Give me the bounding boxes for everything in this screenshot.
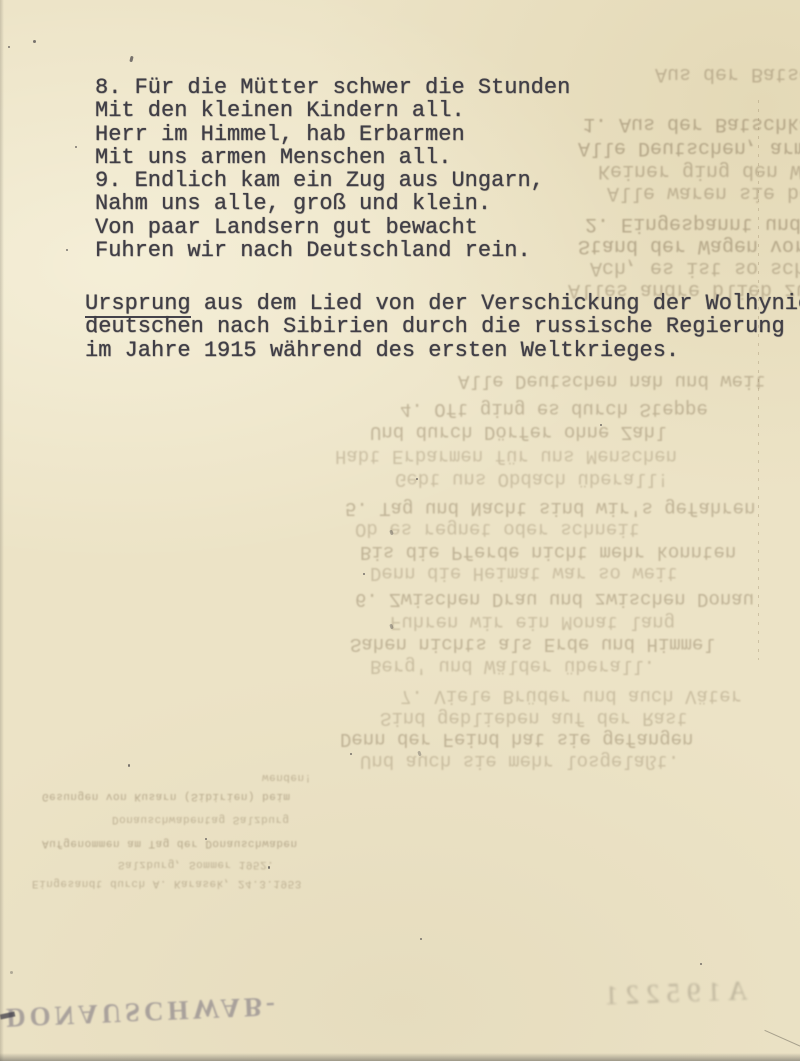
- paper-speck: [129, 56, 133, 63]
- ghost-line: 6. Zwischen Drau und zwischen Donau: [355, 588, 754, 610]
- ghost-line: Sind geblieben auf der Rast: [380, 707, 688, 729]
- ghost-line: Aus der Batschka: [655, 62, 800, 85]
- paper-crease: [764, 1030, 800, 1055]
- scan-edge-shadow: [0, 0, 4, 1061]
- origin-note: Ursprung aus dem Lied von der Verschicku…: [85, 292, 800, 362]
- ghost-line: Aufgenommen am Tag der Donauschwaben: [42, 837, 298, 849]
- poem-line: 9. Endlich kam ein Zug aus Ungarn,: [95, 169, 544, 192]
- stanza-8: 8. Für die Mütter schwer die Stunden Mit…: [95, 76, 570, 169]
- paper-speck: [75, 146, 77, 148]
- paper-speck: [420, 938, 422, 940]
- ghost-line: 5. Tag und Nacht sind wir's gefahren: [345, 497, 755, 519]
- ghost-line: Denn die Heimat war so weit: [370, 562, 678, 584]
- ghost-line: Und durch Dörfer ohne Zahl: [370, 421, 666, 443]
- ghost-line: Donauschwabentag Salzburg: [112, 813, 290, 825]
- ghost-line: 1. Aus der Batschka zogen: [583, 112, 800, 135]
- poem-line: Fuhren wir nach Deutschland rein.: [95, 239, 544, 262]
- archive-number: A195221: [598, 975, 748, 1011]
- origin-line-rest: aus dem Lied von der Verschickung der Wo…: [191, 291, 800, 316]
- ghost-line: wenden!: [262, 771, 312, 783]
- ghost-line: 4. Oft ging es durch Steppe: [400, 398, 708, 420]
- paper-speck: [350, 753, 352, 755]
- ghost-line: Alle Deutschen, arm und reich: [578, 136, 800, 159]
- scan-edge-shadow: [0, 1053, 800, 1061]
- paper-speck: [600, 424, 602, 426]
- stanza-9: 9. Endlich kam ein Zug aus Ungarn, Nahm …: [95, 169, 544, 262]
- donauschwab-stamp: DONAUSCHWAB-: [5, 990, 279, 1033]
- paper-speck: [33, 40, 36, 43]
- paper-speck: [128, 764, 130, 767]
- poem-line: Herr im Himmel, hab Erbarmen: [95, 123, 570, 146]
- paper-speck: [363, 573, 365, 575]
- ghost-line: Salzburg, Sommer 1952.: [118, 858, 274, 870]
- ghost-line: Berg' und Wälder überall.: [370, 655, 655, 677]
- paper-speck: [66, 249, 68, 251]
- ghost-line: Keiner ging den Weg allein: [598, 159, 800, 182]
- paper-speck: [700, 963, 702, 965]
- poem-line: Mit uns armen Menschen all.: [95, 146, 570, 169]
- paper-speck: [205, 838, 207, 840]
- ghost-line: Eingesandt durch A. Karasek, 24.3.1953: [32, 877, 302, 889]
- poem-line: 8. Für die Mütter schwer die Stunden: [95, 76, 570, 99]
- paper-speck: [416, 478, 418, 480]
- origin-line: Ursprung aus dem Lied von der Verschicku…: [85, 292, 800, 315]
- ghost-line: Und auch sie mehr losgelaßt.: [360, 750, 679, 772]
- ghost-line: Ob es regnet oder schneit: [355, 518, 640, 540]
- origin-line: im Jahre 1915 während des ersten Weltkri…: [85, 339, 800, 362]
- ghost-line: Bis die Pferde nicht mehr konnten: [360, 541, 736, 563]
- poem-line: Von paar Landsern gut bewacht: [95, 216, 544, 239]
- paper-speck: [268, 866, 270, 869]
- ghost-line: Stand der Wagen vor der Tür: [578, 234, 800, 257]
- origin-line: deutschen nach Sibirien durch die russis…: [85, 315, 800, 338]
- paper-speck: [95, 331, 97, 333]
- poem-line: Nahm uns alle, groß und klein.: [95, 192, 544, 215]
- ghost-line: Sahen nichts als Erde und Himmel: [350, 633, 715, 655]
- paper-crease: [758, 100, 759, 660]
- paper-speck: [8, 46, 10, 48]
- ghost-line: Alle Deutschen nah und weit: [458, 370, 766, 392]
- ghost-line: Denn der Feind hat sie gefangen: [340, 728, 693, 750]
- ghost-line: Alle waren sie beisammen: [607, 181, 800, 204]
- ghost-line: Fuhren wir ein Monat lang: [390, 611, 675, 633]
- poem-line: Mit den kleinen Kindern all.: [95, 99, 570, 122]
- scanned-document-page: Aus der Batschka 1. Aus der Batschka zog…: [0, 0, 800, 1061]
- ghost-line: Gesungen von Kusarn (Sibirien) beim: [42, 790, 291, 802]
- paper-speck: [10, 971, 13, 974]
- ghost-line: Habt Erbarmen für uns Menschen: [335, 445, 677, 467]
- ghost-line: 7. Viele Brüder und auch Väter: [400, 685, 742, 707]
- ghost-line: Gebt uns Obdach überall!: [395, 468, 669, 490]
- ghost-line: 2. Eingespannt und aufgeladen: [585, 212, 800, 235]
- ghost-line: Ach, es ist so schmerzlich traurig: [590, 256, 800, 279]
